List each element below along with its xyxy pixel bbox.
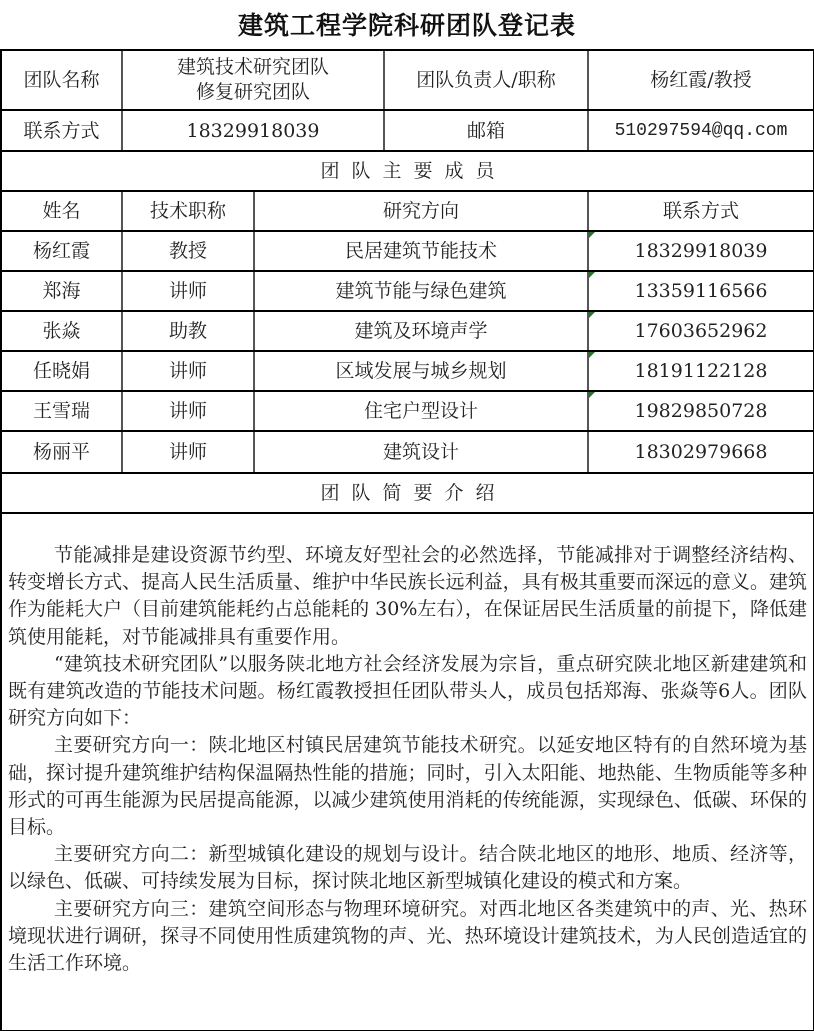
email-label: 邮箱 (385, 111, 589, 150)
member-name[interactable]: 王雪瑞 (2, 392, 123, 430)
number-as-text-flag-icon (589, 392, 595, 398)
number-as-text-flag-icon (589, 272, 595, 278)
member-title[interactable]: 讲师 (123, 272, 255, 310)
member-title[interactable]: 教授 (123, 232, 255, 270)
member-direction[interactable]: 住宅户型设计 (255, 392, 589, 430)
registration-table: 团队名称 建筑技术研究团队 修复研究团队 团队负责人/职称 杨红霞/教授 联系方… (0, 49, 814, 1031)
member-direction[interactable]: 区域发展与城乡规划 (255, 352, 589, 390)
team-name-line2: 修复研究团队 (196, 80, 310, 105)
contact-label: 联系方式 (2, 111, 123, 150)
member-direction[interactable]: 建筑及环境声学 (255, 312, 589, 350)
header-direction: 研究方向 (255, 192, 589, 230)
team-name-value[interactable]: 建筑技术研究团队 修复研究团队 (123, 51, 385, 109)
member-phone[interactable]: 18191122128 (589, 352, 813, 390)
member-title[interactable]: 助教 (123, 312, 255, 350)
intro-section-body[interactable]: 节能减排是建设资源节约型、环境友好型社会的必然选择，节能减排对于调整经济结构、转… (2, 514, 813, 1030)
contact-row: 联系方式 18329918039 邮箱 510297594@qq.com (2, 111, 813, 152)
leader-value[interactable]: 杨红霞/教授 (589, 51, 813, 109)
member-title[interactable]: 讲师 (123, 392, 255, 430)
members-section-header: 团队主要成员 (2, 152, 813, 192)
intro-paragraph: 节能减排是建设资源节约型、环境友好型社会的必然选择，节能减排对于调整经济结构、转… (2, 542, 813, 651)
header-contact: 联系方式 (589, 192, 813, 230)
member-name[interactable]: 杨红霞 (2, 232, 123, 270)
intro-section-title: 团队简要介绍 (2, 474, 813, 512)
member-direction[interactable]: 建筑节能与绿色建筑 (255, 272, 589, 310)
number-as-text-flag-icon (589, 352, 595, 358)
header-name: 姓名 (2, 192, 123, 230)
members-header-row: 姓名 技术职称 研究方向 联系方式 (2, 192, 813, 232)
team-name-label: 团队名称 (2, 51, 123, 109)
member-phone-text: 13359116566 (635, 279, 768, 303)
member-phone[interactable]: 17603652962 (589, 312, 813, 350)
member-row: 杨红霞 教授 民居建筑节能技术 18329918039 (2, 232, 813, 272)
number-as-text-flag-icon (589, 312, 595, 318)
team-name-line1: 建筑技术研究团队 (177, 55, 329, 80)
email-value[interactable]: 510297594@qq.com (589, 111, 813, 150)
member-phone-text: 18329918039 (635, 239, 768, 263)
member-phone[interactable]: 18329918039 (589, 232, 813, 270)
member-row: 任晓娟 讲师 区域发展与城乡规划 18191122128 (2, 352, 813, 392)
member-phone-text: 18302979668 (635, 440, 768, 464)
member-name[interactable]: 郑海 (2, 272, 123, 310)
header-title: 技术职称 (123, 192, 255, 230)
page-title: 建筑工程学院科研团队登记表 (0, 6, 814, 42)
member-phone[interactable]: 19829850728 (589, 392, 813, 430)
intro-paragraph: “建筑技术研究团队”以服务陕北地方社会经济发展为宗旨，重点研究陕北地区新建建筑和… (2, 651, 813, 733)
team-name-row: 团队名称 建筑技术研究团队 修复研究团队 团队负责人/职称 杨红霞/教授 (2, 51, 813, 111)
members-section-title: 团队主要成员 (2, 152, 813, 190)
member-title[interactable]: 讲师 (123, 432, 255, 472)
intro-paragraph: 主要研究方向一：陕北地区村镇民居建筑节能技术研究。以延安地区特有的自然环境为基础… (2, 732, 813, 841)
member-name[interactable]: 张焱 (2, 312, 123, 350)
member-name[interactable]: 杨丽平 (2, 432, 123, 472)
intro-text: 节能减排是建设资源节约型、环境友好型社会的必然选择，节能减排对于调整经济结构、转… (2, 542, 813, 977)
member-row: 杨丽平 讲师 建筑设计 18302979668 (2, 432, 813, 474)
contact-value[interactable]: 18329918039 (123, 111, 385, 150)
member-row: 王雪瑞 讲师 住宅户型设计 19829850728 (2, 392, 813, 432)
member-phone-text: 18191122128 (635, 359, 768, 383)
member-direction[interactable]: 建筑设计 (255, 432, 589, 472)
intro-section-header: 团队简要介绍 (2, 474, 813, 514)
member-row: 郑海 讲师 建筑节能与绿色建筑 13359116566 (2, 272, 813, 312)
member-phone[interactable]: 13359116566 (589, 272, 813, 310)
member-title[interactable]: 讲师 (123, 352, 255, 390)
number-as-text-flag-icon (589, 232, 595, 238)
member-phone-text: 17603652962 (635, 319, 768, 343)
member-phone[interactable]: 18302979668 (589, 432, 813, 472)
member-name[interactable]: 任晓娟 (2, 352, 123, 390)
leader-label: 团队负责人/职称 (385, 51, 589, 109)
member-phone-text: 19829850728 (635, 399, 768, 423)
intro-paragraph: 主要研究方向二：新型城镇化建设的规划与设计。结合陕北地区的地形、地质、经济等，以… (2, 841, 813, 895)
intro-paragraph: 主要研究方向三：建筑空间形态与物理环境研究。对西北地区各类建筑中的声、光、热环境… (2, 896, 813, 978)
member-direction[interactable]: 民居建筑节能技术 (255, 232, 589, 270)
member-row: 张焱 助教 建筑及环境声学 17603652962 (2, 312, 813, 352)
